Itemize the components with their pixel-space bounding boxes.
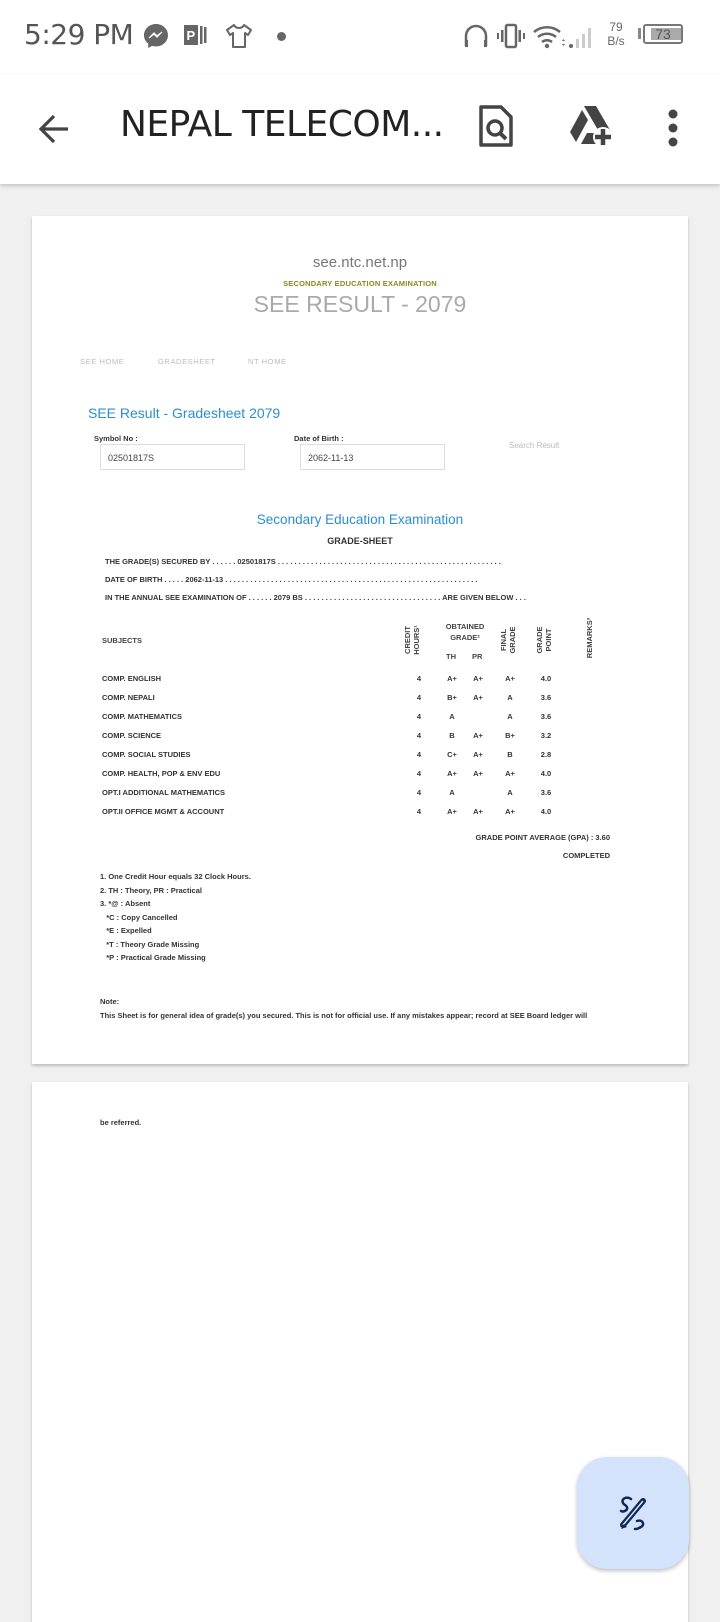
- cell-pr: A+: [463, 769, 493, 778]
- header-subjects: SUBJECTS: [102, 636, 142, 645]
- footnote-item: *E : Expelled: [100, 926, 152, 935]
- cell-credit: 4: [404, 769, 434, 778]
- annotate-button[interactable]: [577, 1457, 689, 1569]
- cell-th: A: [437, 788, 467, 797]
- result-status: COMPLETED: [563, 851, 610, 860]
- battery-icon: 73: [643, 24, 683, 44]
- messenger-icon: [142, 22, 170, 50]
- cell-credit: 4: [404, 807, 434, 816]
- cell-credit: 4: [404, 712, 434, 721]
- footnote-item: *T : Theory Grade Missing: [100, 940, 199, 949]
- site-subtitle: SECONDARY EDUCATION EXAMINATION: [32, 279, 688, 288]
- cell-pr: A+: [463, 674, 493, 683]
- header-th: TH: [446, 652, 456, 661]
- cell-pr: A+: [463, 693, 493, 702]
- tshirt-icon: [225, 22, 253, 50]
- cell-pr: A+: [463, 731, 493, 740]
- battery-level: 73: [645, 26, 681, 42]
- grade-table-row: COMP. MATHEMATICS4AA3.6: [32, 712, 688, 724]
- header-remarks: REMARKS³: [585, 608, 595, 668]
- cell-gp: 3.6: [531, 788, 561, 797]
- cell-gp: 2.8: [531, 750, 561, 759]
- header-credit-hours: CREDIT HOURS¹: [403, 615, 423, 665]
- p-app-icon: P: [183, 22, 209, 48]
- document-title: NEPAL TELECOM...: [120, 104, 444, 145]
- net-speed-unit: B/s: [604, 34, 628, 48]
- wifi-signal-icon: [532, 22, 596, 50]
- cell-subject: COMP. MATHEMATICS: [102, 712, 182, 721]
- nav-link-gradesheet[interactable]: GRADESHEET: [158, 357, 216, 366]
- cell-gp: 4.0: [531, 674, 561, 683]
- dob-label: Date of Birth :: [294, 434, 344, 443]
- net-speed-value: 79: [604, 20, 628, 34]
- cell-subject: OPT.II OFFICE MGMT & ACCOUNT: [102, 807, 224, 816]
- cell-pr: A+: [463, 750, 493, 759]
- cell-final: B+: [495, 731, 525, 740]
- grade-table-row: COMP. HEALTH, POP & ENV EDU4A+A+A+4.0: [32, 769, 688, 781]
- sheet-subtitle: GRADE-SHEET: [32, 536, 688, 546]
- svg-text:P: P: [187, 28, 196, 43]
- footnote-item: 1. One Credit Hour equals 32 Clock Hours…: [100, 872, 251, 881]
- vibrate-icon: [496, 22, 526, 50]
- header-obtained-grade: OBTAINED GRADE²: [440, 621, 490, 643]
- cell-subject: COMP. NEPALI: [102, 693, 155, 702]
- search-result-button[interactable]: Search Result: [509, 441, 559, 450]
- symbol-field[interactable]: 02501817S: [100, 444, 245, 470]
- cell-final: A: [495, 693, 525, 702]
- cell-gp: 3.2: [531, 731, 561, 740]
- cell-gp: 3.6: [531, 693, 561, 702]
- cell-final: A+: [495, 769, 525, 778]
- gpa-text: GRADE POINT AVERAGE (GPA) : 3.60: [476, 833, 610, 842]
- status-bar: 5:29 PM P 79B/s 73: [0, 0, 720, 74]
- cell-credit: 4: [404, 750, 434, 759]
- grade-table-row: COMP. NEPALI4B+A+A3.6: [32, 693, 688, 705]
- cell-subject: COMP. SOCIAL STUDIES: [102, 750, 191, 759]
- headphones-icon: [462, 22, 490, 50]
- header-grade-point: GRADE POINT: [535, 615, 555, 665]
- header-final-grade: FINAL GRADE: [499, 615, 519, 665]
- note-continued: be referred.: [100, 1118, 141, 1127]
- grade-table-row: COMP. ENGLISH4A+A+A+4.0: [32, 674, 688, 686]
- exam-line: IN THE ANNUAL SEE EXAMINATION OF . . . .…: [105, 593, 526, 602]
- footnote-item: 2. TH : Theory, PR : Practical: [100, 886, 202, 895]
- page-heading: SEE RESULT - 2079: [32, 291, 688, 318]
- cell-credit: 4: [404, 674, 434, 683]
- sheet-title: Secondary Education Examination: [32, 512, 688, 527]
- dot-icon: [277, 32, 286, 41]
- grade-table-row: COMP. SOCIAL STUDIES4C+A+B2.8: [32, 750, 688, 762]
- grade-table-row: OPT.II OFFICE MGMT & ACCOUNT4A+A+A+4.0: [32, 807, 688, 819]
- cell-final: B: [495, 750, 525, 759]
- cell-credit: 4: [404, 731, 434, 740]
- footnote-item: *P : Practical Grade Missing: [100, 953, 206, 962]
- more-vertical-icon[interactable]: [666, 108, 680, 148]
- cell-th: A: [437, 712, 467, 721]
- nav-link-nt-home[interactable]: NT HOME: [248, 357, 287, 366]
- note-text: This Sheet is for general idea of grade(…: [100, 1011, 587, 1020]
- secured-by-line: THE GRADE(S) SECURED BY . . . . . . 0250…: [105, 557, 501, 566]
- find-in-document-icon[interactable]: [478, 104, 514, 148]
- symbol-label: Symbol No :: [94, 434, 138, 443]
- cell-subject: OPT.I ADDITIONAL MATHEMATICS: [102, 788, 225, 797]
- cell-gp: 3.6: [531, 712, 561, 721]
- status-time: 5:29 PM: [24, 18, 133, 51]
- cell-credit: 4: [404, 693, 434, 702]
- battery-tip: [638, 28, 641, 39]
- cell-pr: A+: [463, 807, 493, 816]
- cell-final: A: [495, 712, 525, 721]
- net-speed: 79B/s: [604, 20, 628, 48]
- cell-gp: 4.0: [531, 769, 561, 778]
- app-bar: NEPAL TELECOM...: [0, 74, 720, 184]
- cell-final: A: [495, 788, 525, 797]
- note-label: Note:: [100, 997, 119, 1006]
- site-name: see.ntc.net.np: [32, 254, 688, 271]
- footnote-item: *C : Copy Cancelled: [100, 913, 178, 922]
- cell-credit: 4: [404, 788, 434, 797]
- back-arrow-icon[interactable]: [34, 108, 76, 150]
- cell-gp: 4.0: [531, 807, 561, 816]
- pdf-page-1: see.ntc.net.np SECONDARY EDUCATION EXAMI…: [32, 216, 688, 1064]
- grade-table-row: COMP. SCIENCE4BA+B+3.2: [32, 731, 688, 743]
- cell-subject: COMP. HEALTH, POP & ENV EDU: [102, 769, 220, 778]
- dob-line: DATE OF BIRTH . . . . . 2062-11-13 . . .…: [105, 575, 477, 584]
- header-pr: PR: [472, 652, 482, 661]
- nav-link-see-home[interactable]: SEE HOME: [80, 357, 124, 366]
- cell-subject: COMP. SCIENCE: [102, 731, 161, 740]
- cell-final: A+: [495, 807, 525, 816]
- annotate-pen-icon: [613, 1491, 653, 1535]
- cell-subject: COMP. ENGLISH: [102, 674, 161, 683]
- grade-table-row: OPT.I ADDITIONAL MATHEMATICS4AA3.6: [32, 788, 688, 800]
- form-title: SEE Result - Gradesheet 2079: [88, 405, 280, 421]
- cell-final: A+: [495, 674, 525, 683]
- google-drive-add-icon[interactable]: [568, 104, 616, 148]
- footnote-item: 3. *@ : Absent: [100, 899, 150, 908]
- dob-field[interactable]: 2062-11-13: [300, 444, 445, 470]
